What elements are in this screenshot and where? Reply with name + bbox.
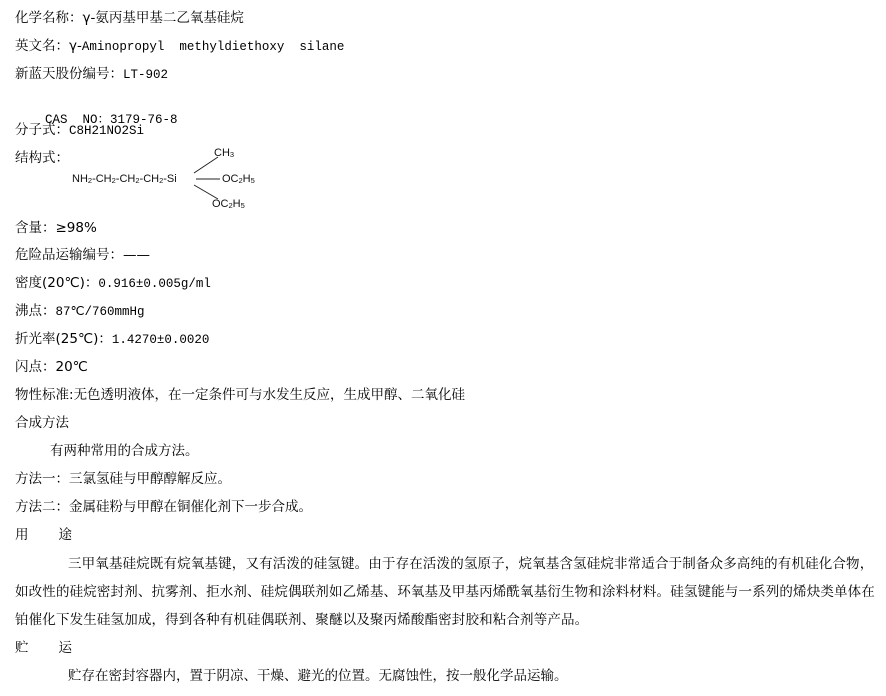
refractive-index-row: 折光率(25℃)：1.4270±0.0020: [15, 330, 209, 349]
formula-value: C8H21NO2Si: [69, 124, 144, 138]
english-name-value: Aminopropyl methyldiethoxy silane: [82, 40, 345, 54]
usage-heading: 用途: [15, 526, 72, 544]
flash-point-label: 闪点：: [15, 359, 56, 375]
usage-text: 三甲氧基硅烷既有烷氧基键，又有活泼的硅氢键。由于存在活泼的氢原子，烷氧基含氢硅烷…: [15, 556, 875, 628]
method-1-value: 三氯氢硅与甲醇醇解反应。: [69, 471, 231, 487]
synthesis-intro: 有两种常用的合成方法。: [50, 442, 199, 460]
refractive-index-label: 折光率(25℃)：: [15, 331, 112, 347]
synthesis-method-1: 方法一：三氯氢硅与甲醇醇解反应。: [15, 470, 231, 488]
flash-point-row: 闪点：20℃: [15, 358, 88, 376]
english-name-label: 英文名：: [15, 38, 69, 54]
product-code-value: LT-902: [123, 68, 168, 82]
structure-methyl: CH3: [214, 147, 234, 159]
chemical-name-row: 化学名称：γ-氨丙基甲基二乙氧基硅烷: [15, 9, 244, 27]
method-2-label: 方法二：: [15, 499, 69, 515]
physical-standard-value: 无色透明液体，在一定条件可与水发生反应，生成甲醇、二氧化硅: [74, 387, 466, 403]
dangerous-goods-row: 危险品运输编号：——: [15, 246, 150, 264]
structure-diagram: NH2-CH2-CH2-CH2-Si CH3 OC2H5 OC2H5: [72, 140, 292, 215]
synthesis-heading: 合成方法: [15, 414, 69, 432]
content-row: 含量：≥98%: [15, 219, 97, 237]
refractive-index-value: 1.4270±0.0020: [112, 333, 210, 347]
dangerous-goods-label: 危险品运输编号：: [15, 247, 123, 263]
synthesis-method-2: 方法二：金属硅粉与甲醇在铜催化剂下一步合成。: [15, 498, 312, 516]
content-value: ≥98%: [56, 220, 97, 236]
method-1-label: 方法一：: [15, 471, 69, 487]
method-2-value: 金属硅粉与甲醇在铜催化剂下一步合成。: [69, 499, 312, 515]
product-code-label: 新蓝天股份编号：: [15, 66, 123, 82]
structure-main-chain: NH2-CH2-CH2-CH2-Si: [72, 173, 177, 185]
chemical-name-value: γ-氨丙基甲基二乙氧基硅烷: [83, 10, 244, 26]
physical-standard-row: 物性标准:无色透明液体，在一定条件可与水发生反应，生成甲醇、二氧化硅: [15, 386, 465, 404]
storage-heading: 贮运: [15, 639, 72, 657]
formula-label: 分子式：: [15, 122, 69, 138]
density-value: 0.916±0.005g/ml: [98, 277, 211, 291]
structure-label: 结构式：: [15, 149, 69, 167]
boiling-point-label: 沸点：: [15, 303, 56, 319]
structure-ethoxy-1: OC2H5: [222, 173, 255, 185]
storage-text: 贮存在密封容器内，置于阴凉、干燥、避光的位置。无腐蚀性，按一般化学品运输。: [68, 667, 568, 685]
boiling-point-value: 87℃/760mmHg: [56, 305, 145, 319]
density-row: 密度(20℃)：0.916±0.005g/ml: [15, 274, 211, 293]
formula-row: 分子式：C8H21NO2Si: [15, 121, 144, 140]
flash-point-value: 20℃: [56, 359, 88, 375]
content-label: 含量：: [15, 220, 56, 236]
physical-standard-label: 物性标准:: [15, 387, 74, 403]
density-label: 密度(20℃)：: [15, 275, 98, 291]
english-name-prefix: γ-: [69, 38, 82, 54]
usage-paragraph: 三甲氧基硅烷既有烷氧基键，又有活泼的硅氢键。由于存在活泼的氢原子，烷氧基含氢硅烷…: [15, 550, 875, 634]
english-name-row: 英文名：γ-Aminopropyl methyldiethoxy silane: [15, 37, 344, 56]
product-code-row: 新蓝天股份编号：LT-902: [15, 65, 168, 84]
dangerous-goods-value: ——: [123, 247, 150, 263]
structure-ethoxy-2: OC2H5: [212, 198, 245, 210]
boiling-point-row: 沸点：87℃/760mmHg: [15, 302, 145, 321]
chemical-name-label: 化学名称：: [15, 10, 83, 26]
